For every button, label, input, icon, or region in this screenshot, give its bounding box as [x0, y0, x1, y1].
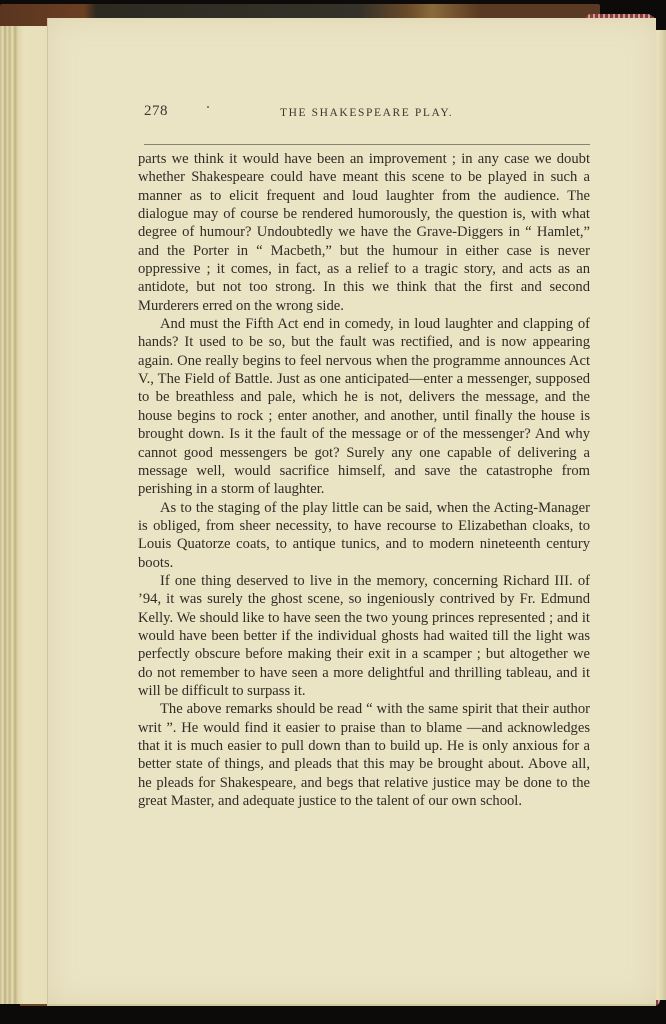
- paragraph-2: And must the Fifth Act end in comedy, in…: [138, 315, 590, 498]
- header-rule: [144, 144, 590, 145]
- paragraph-3: As to the staging of the play little can…: [138, 499, 590, 572]
- paragraph-4: If one thing deserved to live in the mem…: [138, 572, 590, 700]
- page-stack-left: [0, 26, 50, 1004]
- book-scan: 278 THE SHAKESPEARE PLAY. parts we think…: [0, 0, 666, 1024]
- paragraph-1: parts we think it would have been an imp…: [138, 150, 590, 315]
- running-head-title: THE SHAKESPEARE PLAY.: [280, 107, 453, 119]
- running-head: 278 THE SHAKESPEARE PLAY.: [144, 103, 590, 125]
- body-text: parts we think it would have been an imp…: [138, 150, 590, 810]
- paragraph-5: The above remarks should be read “ with …: [138, 700, 590, 810]
- page-number: 278: [144, 103, 168, 120]
- paper-speck: [207, 106, 209, 108]
